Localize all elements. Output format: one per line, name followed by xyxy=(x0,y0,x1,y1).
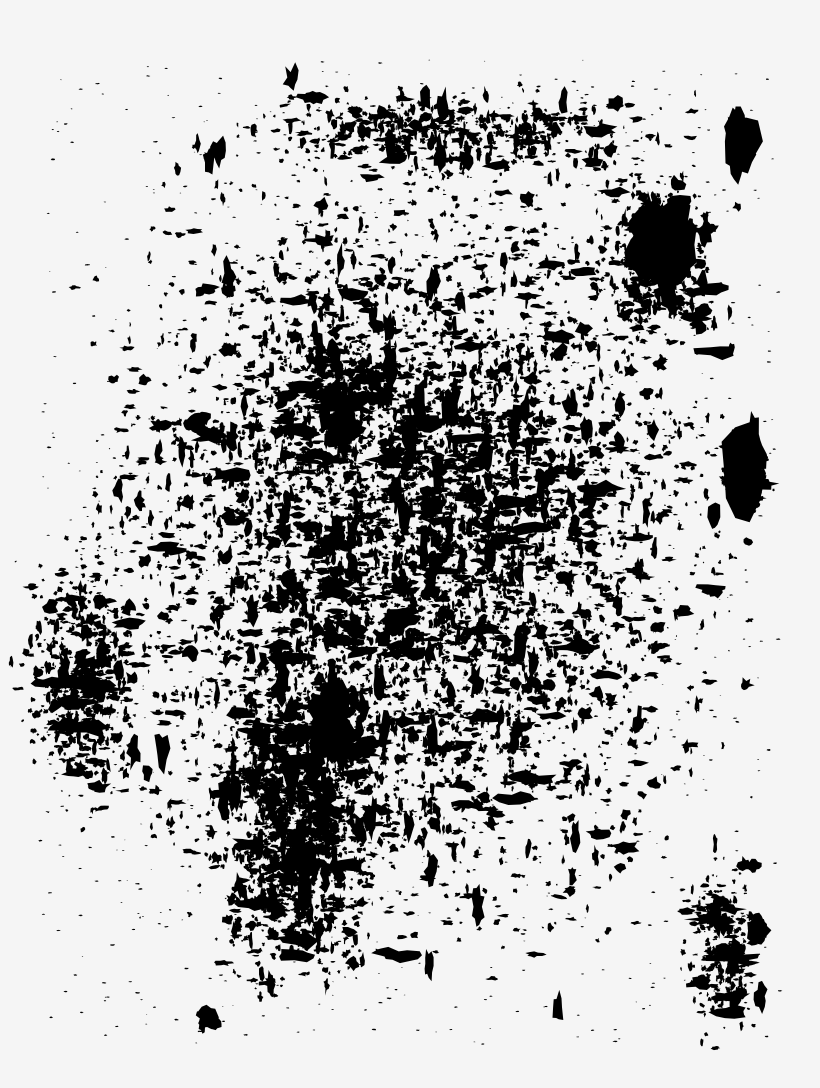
grunge-texture-image: Black grunge / distressed ink splatter t… xyxy=(0,0,820,1088)
texture-svg xyxy=(0,0,820,1088)
